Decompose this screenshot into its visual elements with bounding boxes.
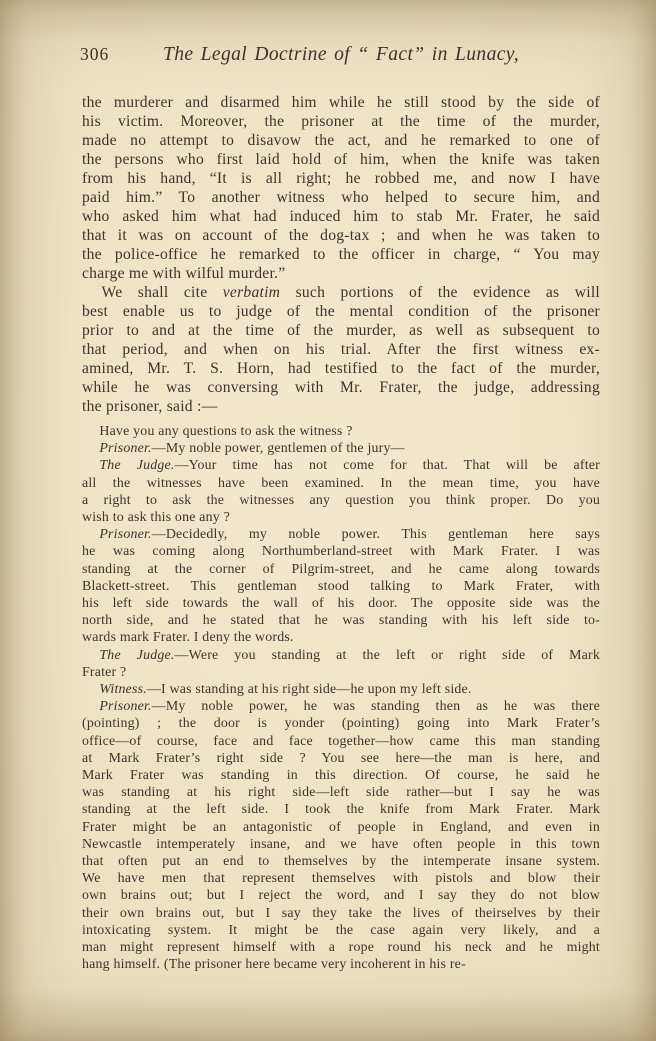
text-line: he was coming along Northumberland-stree…	[82, 543, 600, 560]
text-line: was standing at his right side—left side…	[82, 784, 600, 801]
text-line: his left side towards the wall of his do…	[82, 595, 600, 612]
text-line: the prisoner, said :—	[82, 397, 600, 416]
text-line: all the witnesses have been examined. In…	[82, 475, 600, 492]
text-line: (pointing) ; the door is yonder (pointin…	[82, 715, 600, 732]
paragraph: Have you any questions to ask the witnes…	[82, 423, 600, 440]
text-line: from his hand, “It is all right; he robb…	[82, 169, 600, 188]
text-line: Frater might be an antagonistic of peopl…	[82, 819, 600, 836]
text-line: best enable us to judge of the mental co…	[82, 302, 600, 321]
page-header: 306 The Legal Doctrine of “ Fact” in Lun…	[82, 0, 600, 72]
text-line: his victim. Moreover, the prisoner at th…	[82, 112, 600, 131]
text-line: Witness.—I was standing at his right sid…	[82, 681, 600, 698]
text-line: their own brains out, but I say they tak…	[82, 905, 600, 922]
text-line: standing at the left side. I took the kn…	[82, 801, 600, 818]
book-page: 306 The Legal Doctrine of “ Fact” in Lun…	[0, 0, 656, 1041]
paragraph: the murderer and disarmed him while he s…	[82, 93, 600, 283]
text-line: wards mark Frater. I deny the words.	[82, 629, 600, 646]
text-line: who asked him what had induced him to st…	[82, 207, 600, 226]
text-line: paid him.” To another witness who helped…	[82, 188, 600, 207]
page-number: 306	[80, 44, 109, 65]
text-line: standing at the corner of Pilgrim-street…	[82, 561, 600, 578]
text-line: at Mark Frater’s right side ? You see he…	[82, 750, 600, 767]
text-line: that it was on account of the dog-tax ; …	[82, 226, 600, 245]
paragraph: The Judge.—Were you standing at the left…	[82, 647, 600, 681]
paragraph: Witness.—I was standing at his right sid…	[82, 681, 600, 698]
paragraph: Prisoner.—My noble power, he was standin…	[82, 698, 600, 973]
text-line: wish to ask this one any ?	[82, 509, 600, 526]
running-title: The Legal Doctrine of “ Fact” in Lunacy,	[82, 44, 600, 66]
text-line: charge me with wilful murder.”	[82, 264, 600, 283]
text-line: Have you any questions to ask the witnes…	[82, 423, 600, 440]
text-line: north side, and he stated that he was st…	[82, 612, 600, 629]
text-line: We have men that represent themselves wi…	[82, 870, 600, 887]
text-line: the persons who first laid hold of him, …	[82, 150, 600, 169]
text-line: made no attempt to disavow the act, and …	[82, 131, 600, 150]
text-line: Prisoner.—My noble power, gentlemen of t…	[82, 440, 600, 457]
text-line: The Judge.—Were you standing at the left…	[82, 647, 600, 664]
text-line: Blackett-street. This gentleman stood ta…	[82, 578, 600, 595]
text-line: Newcastle intemperately insane, and we h…	[82, 836, 600, 853]
text-line: the police-office he remarked to the off…	[82, 245, 600, 264]
paragraph: The Judge.—Your time has not come for th…	[82, 457, 600, 526]
text-line: hang himself. (The prisoner here became …	[82, 956, 600, 973]
text-line: a right to ask the witnesses any questio…	[82, 492, 600, 509]
text-line: The Judge.—Your time has not come for th…	[82, 457, 600, 474]
text-line: Prisoner.—My noble power, he was standin…	[82, 698, 600, 715]
text-line: office—of course, face and face together…	[82, 733, 600, 750]
text-line: man might represent himself with a rope …	[82, 939, 600, 956]
text-line: Mark Frater was standing in this directi…	[82, 767, 600, 784]
text-line: intoxicating system. It might be the cas…	[82, 922, 600, 939]
text-line: Prisoner.—Decidedly, my noble power. Thi…	[82, 526, 600, 543]
text-line: amined, Mr. T. S. Horn, had testified to…	[82, 359, 600, 378]
paragraph: We shall cite verbatim such portions of …	[82, 283, 600, 416]
text-line: We shall cite verbatim such portions of …	[82, 283, 600, 302]
text-line: that period, and when on his trial. Afte…	[82, 340, 600, 359]
paragraph: Prisoner.—Decidedly, my noble power. Thi…	[82, 526, 600, 646]
text-line: prior to and at the time of the murder, …	[82, 321, 600, 340]
paragraph: Prisoner.—My noble power, gentlemen of t…	[82, 440, 600, 457]
text-block: the murderer and disarmed him while he s…	[82, 93, 600, 974]
text-line: that often put an end to themselves by t…	[82, 853, 600, 870]
text-line: the murderer and disarmed him while he s…	[82, 93, 600, 112]
text-line: while he was conversing with Mr. Frater,…	[82, 378, 600, 397]
text-line: own brains out; but I reject the word, a…	[82, 887, 600, 904]
text-line: Frater ?	[82, 664, 600, 681]
